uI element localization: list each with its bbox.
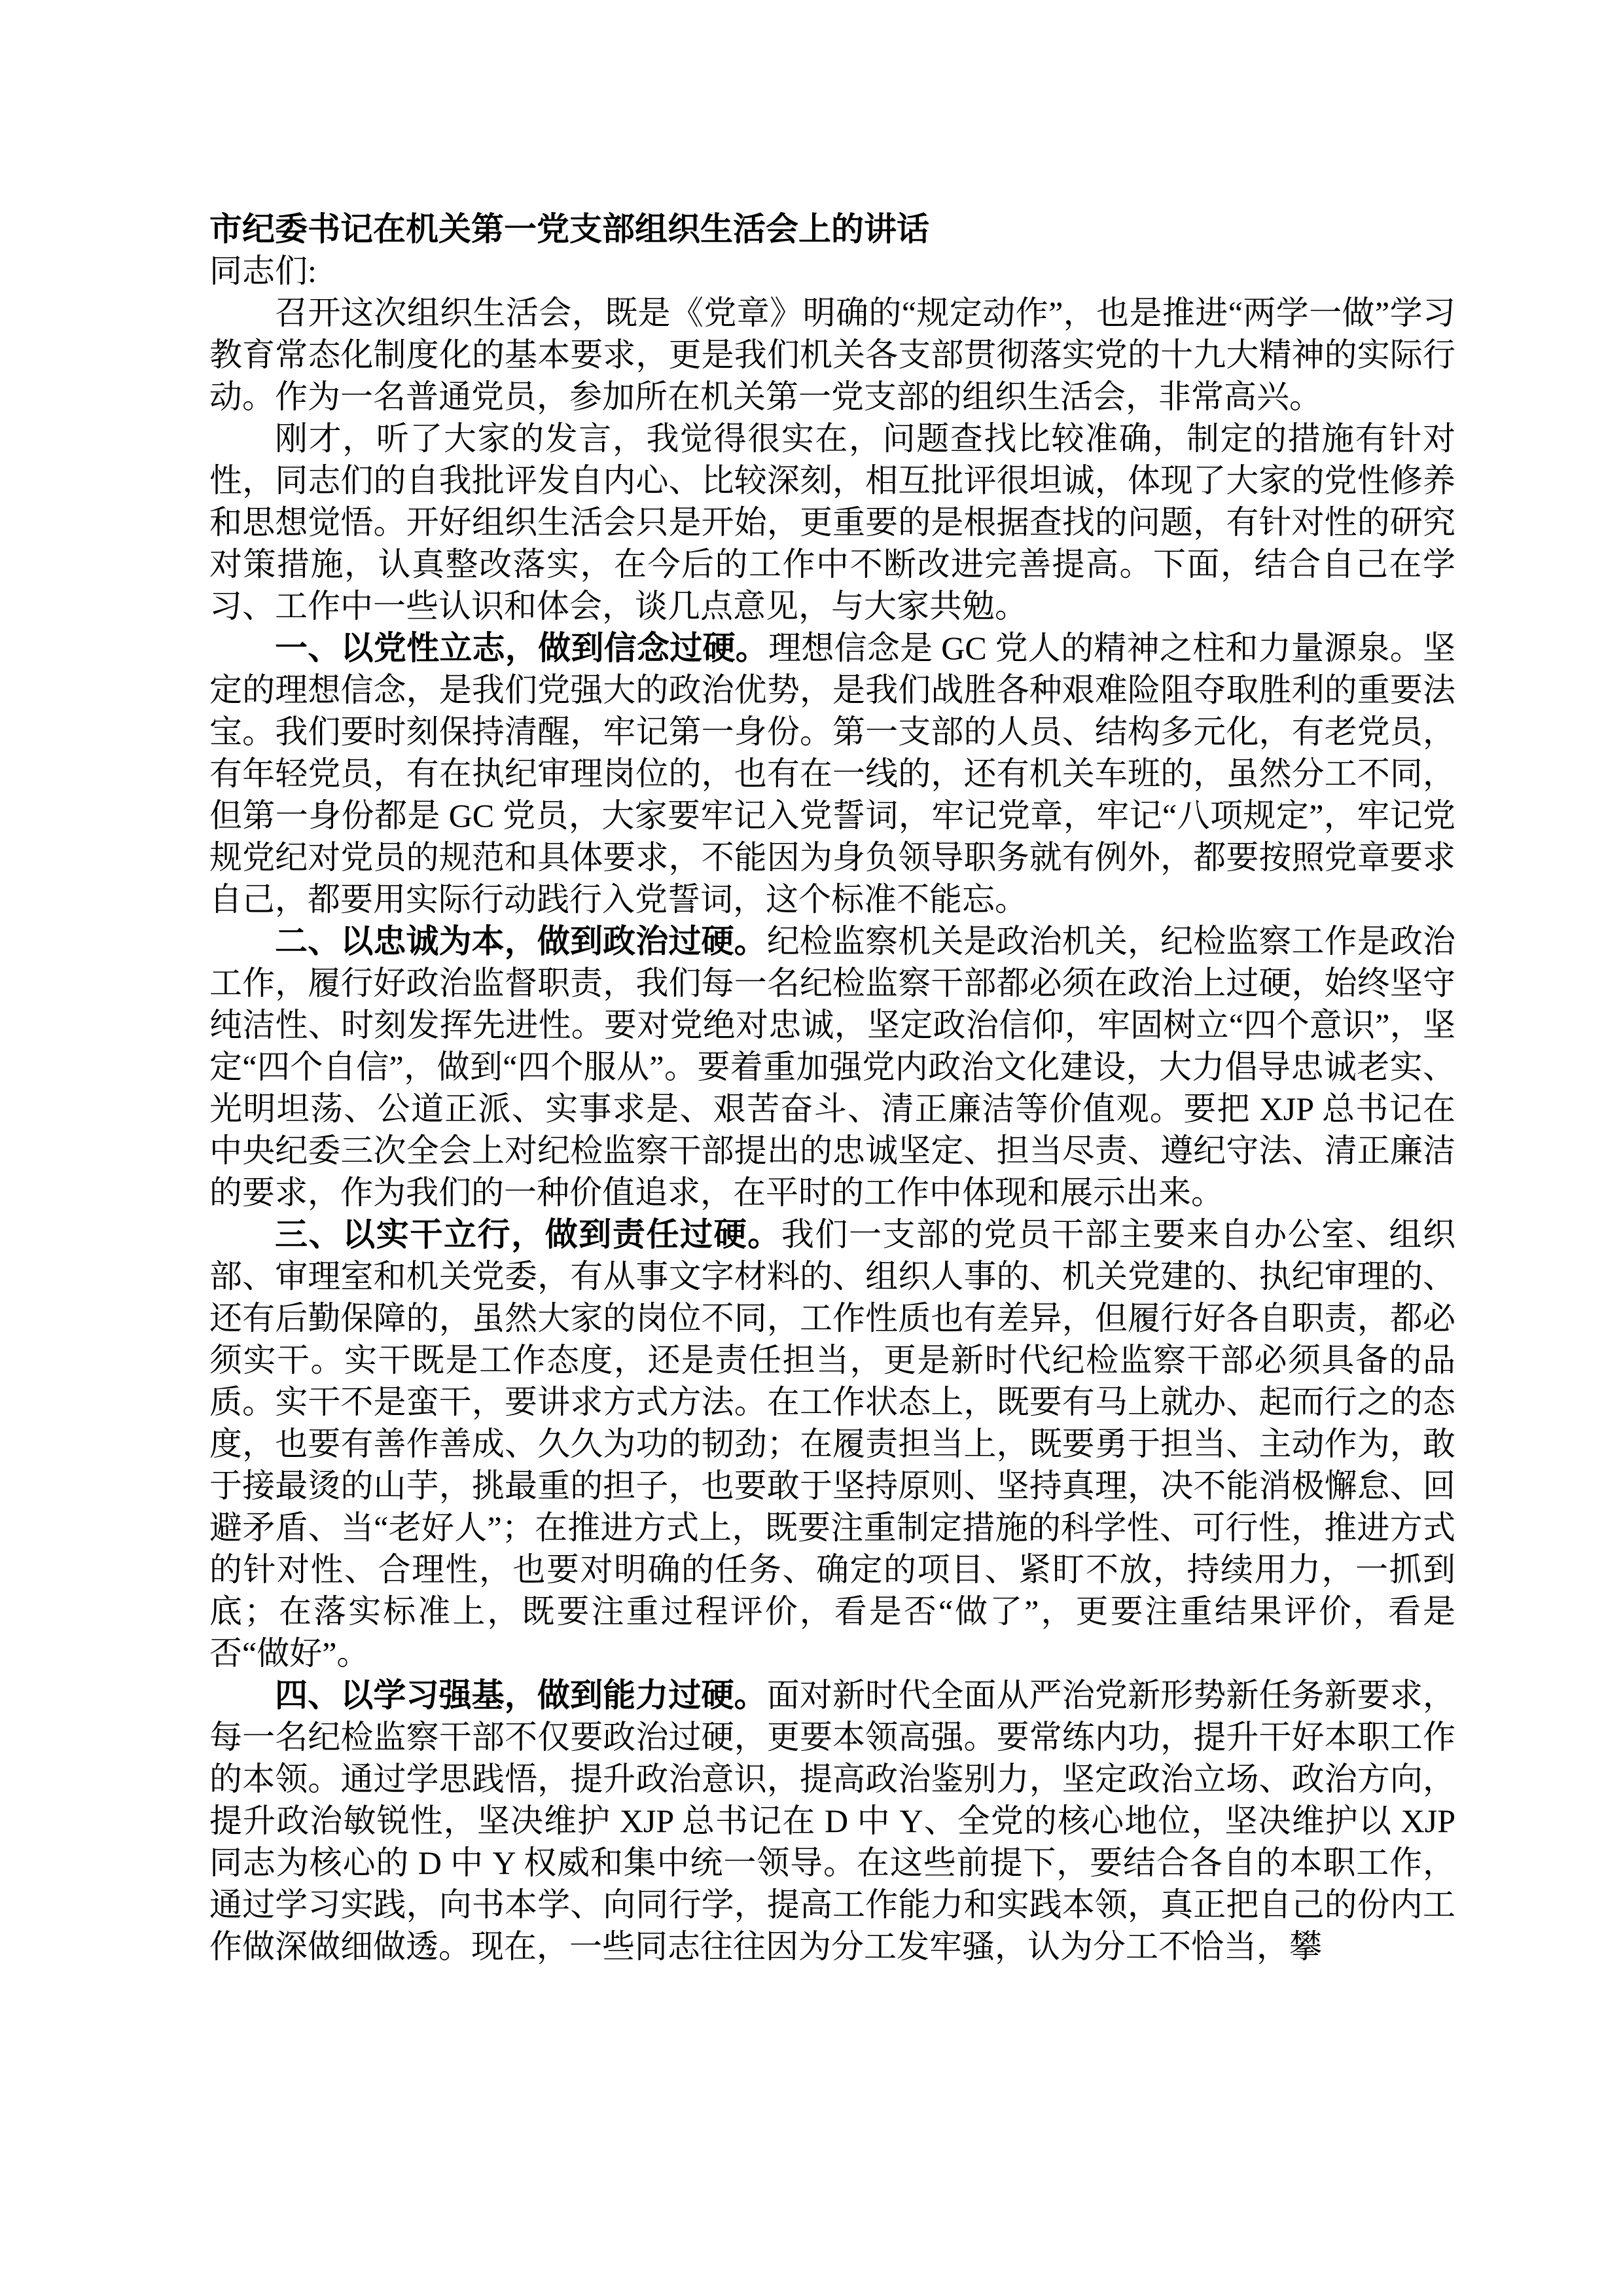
- paragraph-point-4: 四、以学习强基，做到能力过硬。面对新时代全面从严治党新形势新任务新要求，每一名纪…: [209, 1674, 1455, 1967]
- paragraph-point-2: 二、以忠诚为本，做到政治过硬。纪检监察机关是政治机关，纪检监察工作是政治工作，履…: [209, 920, 1455, 1213]
- paragraph-point-1: 一、以党性立志，做到信念过硬。理想信念是 GC 党人的精神之柱和力量源泉。坚定的…: [209, 627, 1455, 920]
- paragraph-text: 纪检监察机关是政治机关，纪检监察工作是政治工作，履行好政治监督职责，我们每一名纪…: [209, 923, 1455, 1211]
- salutation: 同志们:: [209, 250, 1455, 292]
- document-page: 市纪委书记在机关第一党支部组织生活会上的讲话 同志们: 召开这次组织生活会，既是…: [0, 0, 1623, 2296]
- paragraph-lead-bold: 四、以学习强基，做到能力过硬。: [275, 1677, 767, 1713]
- paragraph-point-3: 三、以实干立行，做到责任过硬。我们一支部的党员干部主要来自办公室、组织部、审理室…: [209, 1213, 1455, 1674]
- paragraph-text: 刚才，听了大家的发言，我觉得很实在，问题查找比较准确，制定的措施有针对性，同志们…: [209, 420, 1455, 624]
- paragraph-lead-bold: 三、以实干立行，做到责任过硬。: [275, 1216, 781, 1253]
- document-title: 市纪委书记在机关第一党支部组织生活会上的讲话: [209, 208, 1455, 250]
- paragraph-lead-bold: 一、以党性立志，做到信念过硬。: [275, 630, 768, 666]
- paragraph-lead-bold: 二、以忠诚为本，做到政治过硬。: [275, 923, 767, 960]
- paragraph-remarks: 刚才，听了大家的发言，我觉得很实在，问题查找比较准确，制定的措施有针对性，同志们…: [209, 418, 1455, 627]
- paragraph-text: 面对新时代全面从严治党新形势新任务新要求，每一名纪检监察干部不仅要政治过硬，更要…: [209, 1677, 1455, 1965]
- paragraph-text: 召开这次组织生活会，既是《党章》明确的“规定动作”，也是推进“两学一做”学习教育…: [209, 295, 1455, 415]
- paragraph-text: 理想信念是 GC 党人的精神之柱和力量源泉。坚定的理想信念，是我们党强大的政治优…: [209, 630, 1455, 918]
- paragraph-text: 我们一支部的党员干部主要来自办公室、组织部、审理室和机关党委，有从事文字材料的、…: [209, 1216, 1455, 1672]
- paragraph-opening: 召开这次组织生活会，既是《党章》明确的“规定动作”，也是推进“两学一做”学习教育…: [209, 292, 1455, 418]
